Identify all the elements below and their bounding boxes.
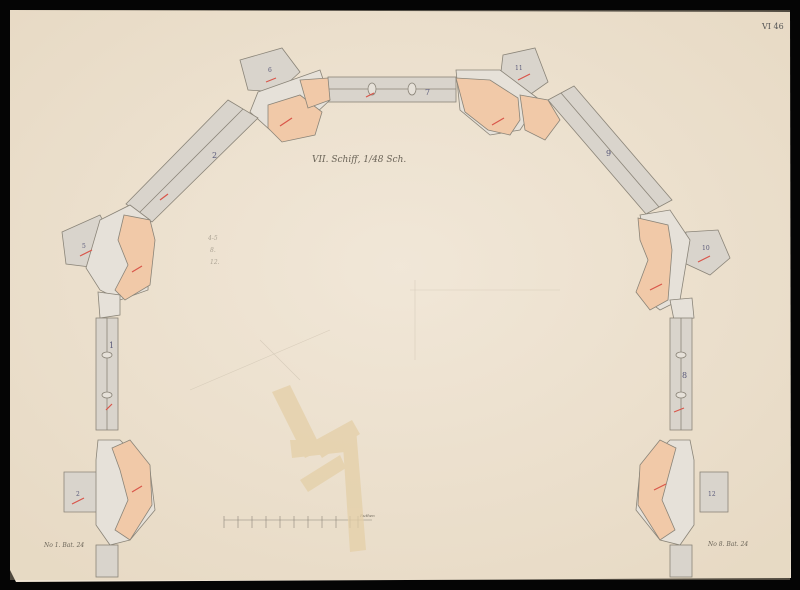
svg-text:8: 8 bbox=[682, 371, 687, 380]
svg-text:8.: 8. bbox=[210, 247, 216, 254]
courtine-right-vertical: 8 bbox=[670, 318, 692, 430]
courtine-top: 7 bbox=[328, 77, 456, 102]
svg-text:2: 2 bbox=[212, 151, 217, 160]
svg-text:6: 6 bbox=[268, 67, 272, 74]
courtine-left-vertical: 1 bbox=[96, 318, 118, 430]
svg-text:7: 7 bbox=[425, 88, 430, 97]
svg-text:12.: 12. bbox=[210, 259, 220, 266]
svg-text:11: 11 bbox=[515, 65, 523, 72]
folio-mark: VI 46 bbox=[761, 22, 784, 31]
svg-text:5: 5 bbox=[82, 243, 86, 250]
svg-text:4-5: 4-5 bbox=[207, 235, 218, 242]
svg-text:1: 1 bbox=[109, 341, 114, 350]
plan-title: VII. Schiff, 1/48 Sch. bbox=[312, 155, 406, 165]
svg-text:9: 9 bbox=[606, 149, 611, 158]
right-corner-label: No 8. Bat. 24 bbox=[707, 541, 748, 548]
svg-text:12: 12 bbox=[708, 491, 716, 498]
drawing-sheet: VI 46 VII. Schiff, 1/48 Sch. 4-5 8. 12. … bbox=[0, 0, 800, 590]
svg-text:10: 10 bbox=[702, 245, 710, 252]
left-corner-label: No 1. Bat. 24 bbox=[43, 542, 84, 549]
svg-text:2: 2 bbox=[76, 491, 80, 498]
